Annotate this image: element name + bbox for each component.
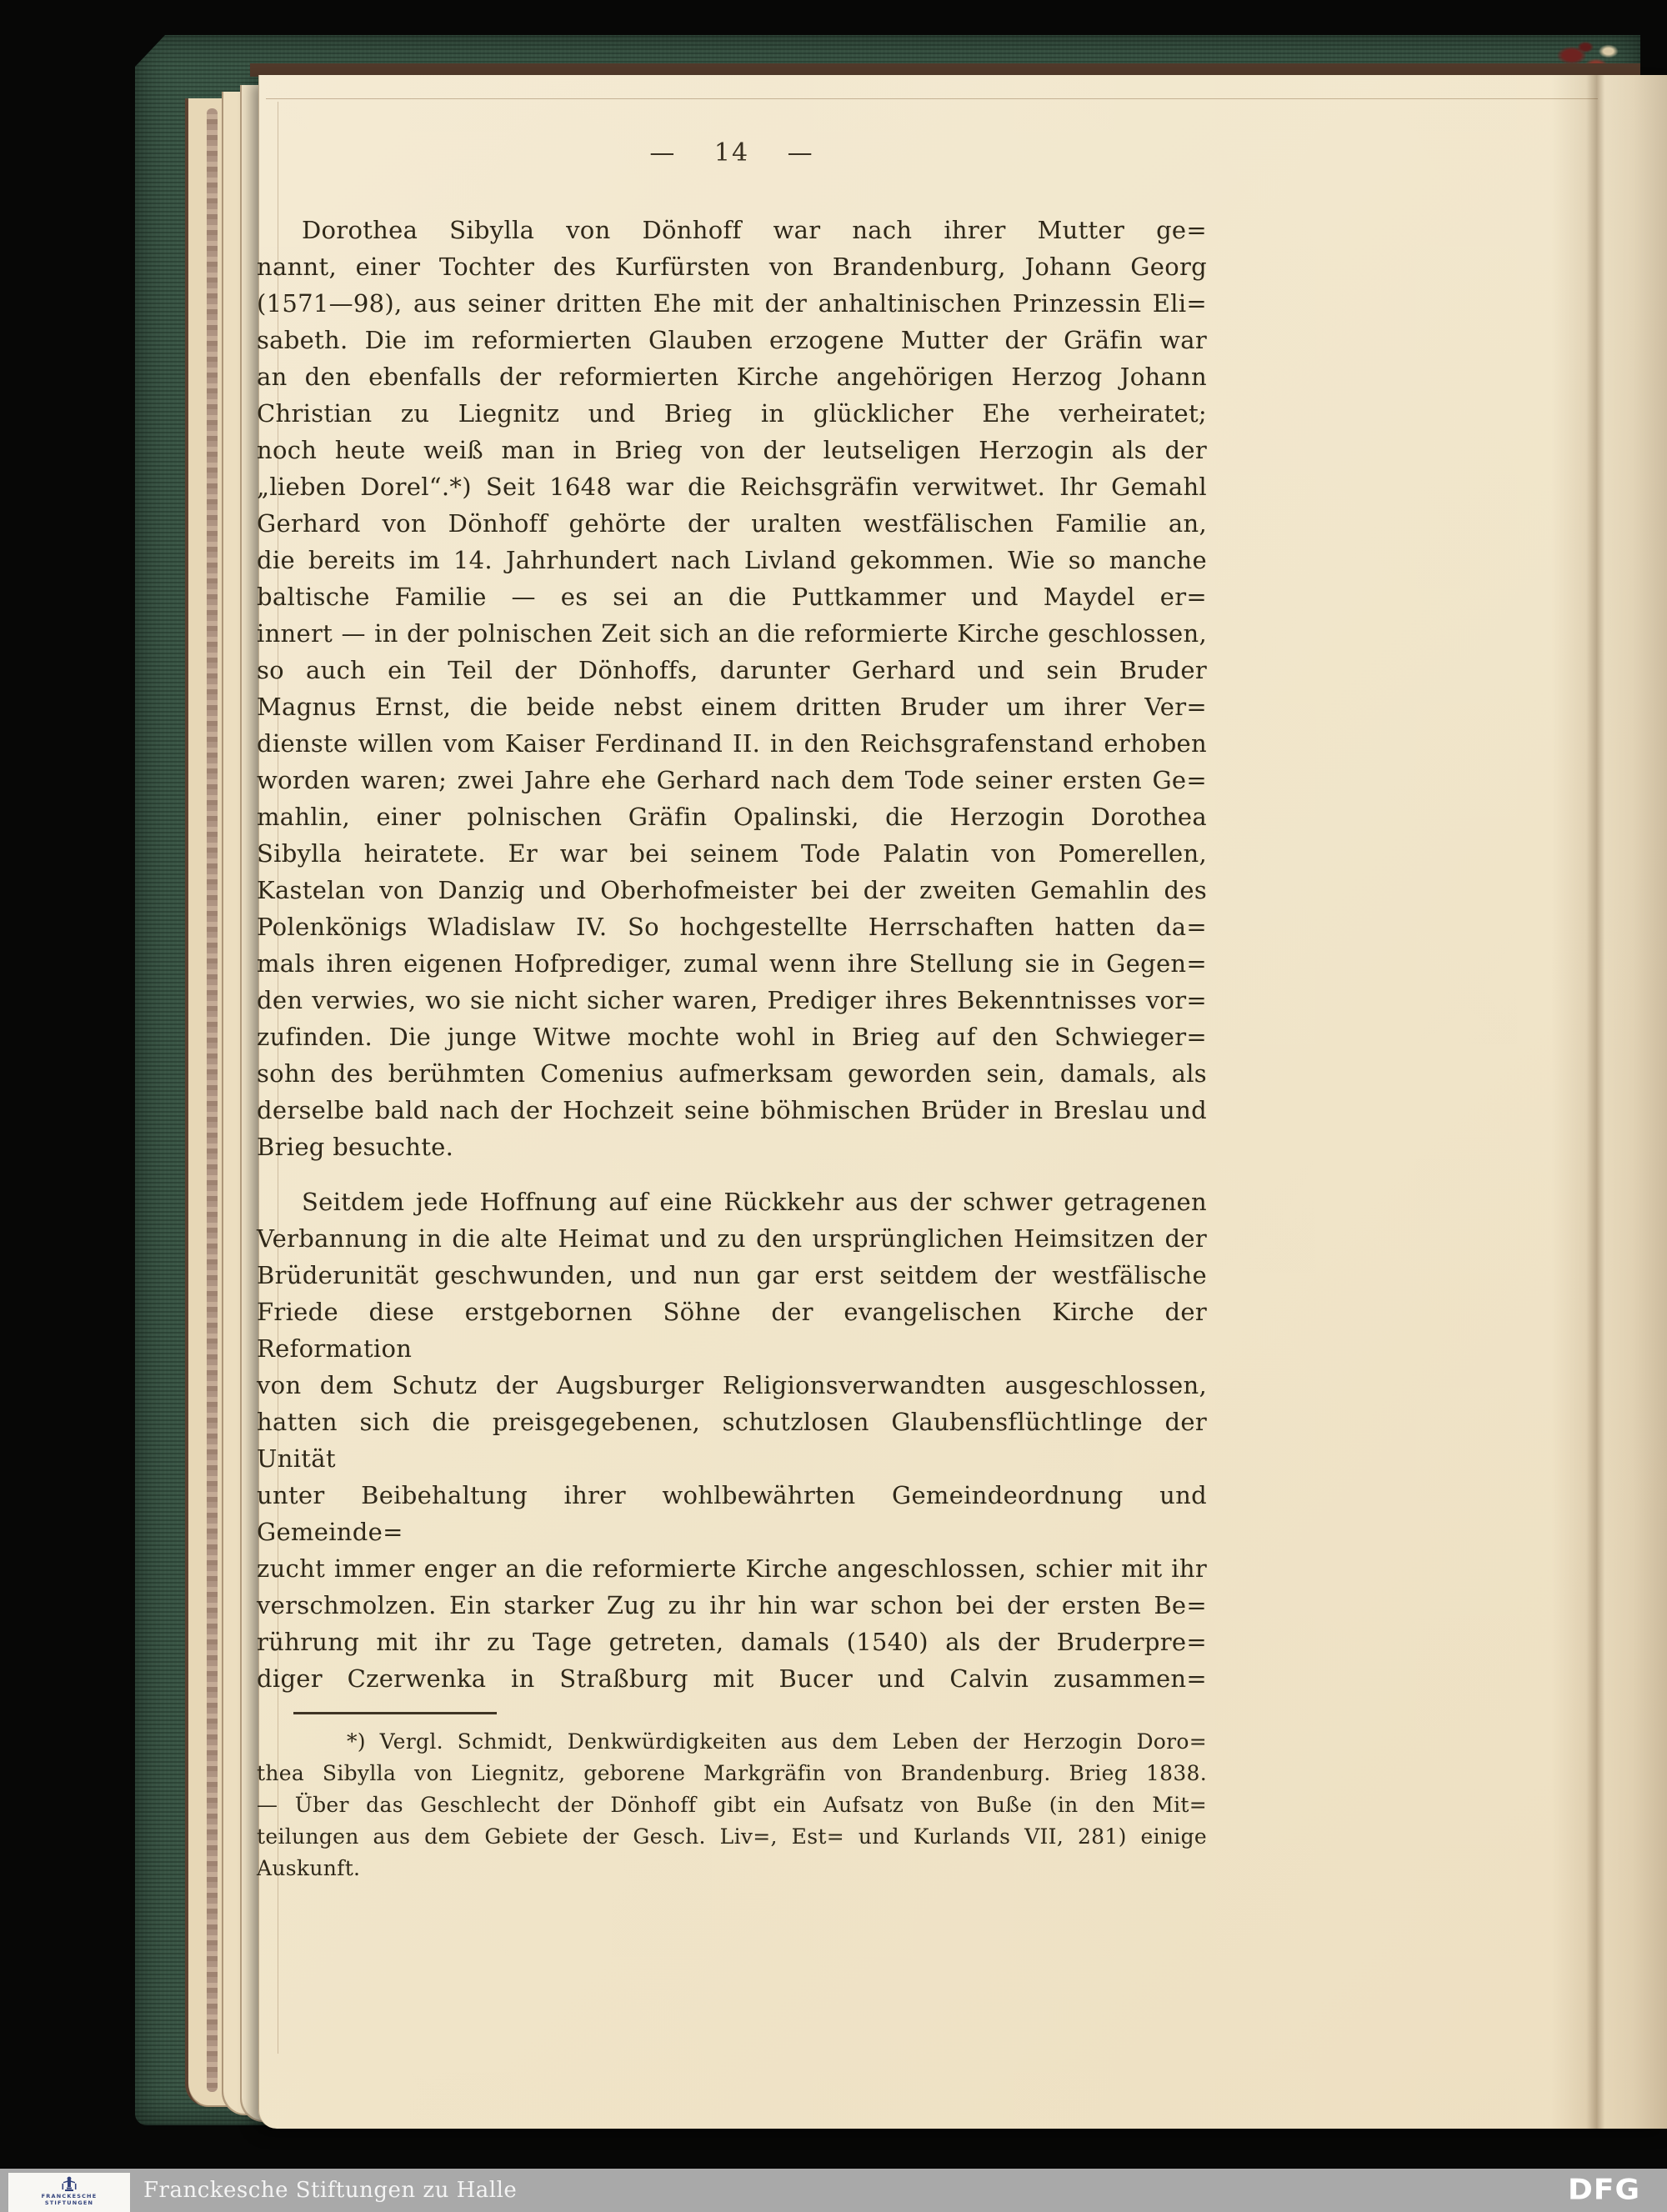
text-line: verschmolzen. Ein starker Zug zu ihr hin… <box>257 1587 1207 1624</box>
paragraph: Dorothea Sibylla von Dönhoff war nach ih… <box>257 212 1207 1165</box>
text-line: noch heute weiß man in Brieg von der leu… <box>257 432 1207 468</box>
text-line: innert — in der polnischen Zeit sich an … <box>257 615 1207 652</box>
text-line: hatten sich die preisgegebenen, schutzlo… <box>257 1404 1207 1477</box>
text-line: (1571—98), aus seiner dritten Ehe mit de… <box>257 285 1207 322</box>
text-line: Dorothea Sibylla von Dönhoff war nach ih… <box>257 212 1207 248</box>
gutter-fold-shadow <box>1551 75 1667 2129</box>
text-line: Gerhard von Dönhoff gehörte der uralten … <box>257 505 1207 542</box>
text-line: an den ebenfalls der reformierten Kirche… <box>257 358 1207 395</box>
franckesche-emblem-icon <box>58 2175 80 2194</box>
text-line: nannt, einer Tochter des Kurfürsten von … <box>257 248 1207 285</box>
text-line: den verwies, wo sie nicht sicher waren, … <box>257 982 1207 1018</box>
page-block-rough-edge <box>207 108 218 2092</box>
text-line: die bereits im 14. Jahrhundert nach Livl… <box>257 542 1207 578</box>
text-line: Friede diese erstgebornen Söhne der evan… <box>257 1294 1207 1367</box>
text-line: Sibylla heiratete. Er war bei seinem Tod… <box>257 835 1207 872</box>
footnote-separator-rule <box>293 1712 497 1714</box>
text-line: zufinden. Die junge Witwe mochte wohl in… <box>257 1018 1207 1055</box>
text-line: von dem Schutz der Augsburger Religionsv… <box>257 1367 1207 1404</box>
footnote-line: thea Sibylla von Liegnitz, geborene Mark… <box>257 1758 1207 1789</box>
text-line: Seitdem jede Hoffnung auf eine Rückkehr … <box>257 1184 1207 1220</box>
library-name-label: Franckesche Stiftungen zu Halle <box>143 2169 517 2212</box>
digitization-footer-bar: FRANCKESCHE STIFTUNGEN Franckesche Stift… <box>0 2169 1667 2212</box>
text-line: Kastelan von Danzig und Oberhofmeister b… <box>257 872 1207 908</box>
scanned-book-page-view: — 14 — Dorothea Sibylla von Dönhoff war … <box>0 0 1667 2212</box>
text-line: derselbe bald nach der Hochzeit seine bö… <box>257 1092 1207 1129</box>
text-line: worden waren; zwei Jahre ehe Gerhard nac… <box>257 762 1207 798</box>
text-line: unter Beibehaltung ihrer wohlbewährten G… <box>257 1477 1207 1550</box>
text-line: sohn des berühmten Comenius aufmerksam g… <box>257 1055 1207 1092</box>
text-line: Polenkönigs Wladislaw IV. So hochgestell… <box>257 908 1207 945</box>
text-line: Brieg besuchte. <box>257 1129 1207 1165</box>
text-line: Christian zu Liegnitz und Brieg in glück… <box>257 395 1207 432</box>
text-line: dienste willen vom Kaiser Ferdinand II. … <box>257 725 1207 762</box>
text-line: rührung mit ihr zu Tage getreten, damals… <box>257 1624 1207 1660</box>
text-line: baltische Familie — es sei an die Puttka… <box>257 578 1207 615</box>
text-line: Brüderunität geschwunden, und nun gar er… <box>257 1257 1207 1294</box>
text-line: so auch ein Teil der Dönhoffs, darunter … <box>257 652 1207 688</box>
franckesche-logo-text-line2: STIFTUNGEN <box>45 2200 93 2207</box>
footnote-line: *) Vergl. Schmidt, Denkwürdigkeiten aus … <box>257 1726 1207 1758</box>
text-line: mals ihren eigenen Hofprediger, zumal we… <box>257 945 1207 982</box>
printed-text-column: — 14 — Dorothea Sibylla von Dönhoff war … <box>257 138 1207 1884</box>
page-number: — 14 — <box>257 138 1207 168</box>
paragraph: Seitdem jede Hoffnung auf eine Rückkehr … <box>257 1184 1207 1697</box>
footnote: *) Vergl. Schmidt, Denkwürdigkeiten aus … <box>257 1726 1207 1884</box>
text-line: zucht immer enger an die reformierte Kir… <box>257 1550 1207 1587</box>
text-line: Magnus Ernst, die beide nebst einem drit… <box>257 688 1207 725</box>
text-line: sabeth. Die im reformierten Glauben erzo… <box>257 322 1207 358</box>
dfg-logo: DFG <box>1568 2169 1640 2210</box>
franckesche-logo-box: FRANCKESCHE STIFTUNGEN <box>8 2173 130 2212</box>
under-sheet-top-edge-line <box>266 98 1598 99</box>
text-line: mahlin, einer polnischen Gräfin Opalinsk… <box>257 798 1207 835</box>
footnote-line: Auskunft. <box>257 1853 1207 1884</box>
text-line: Verbannung in die alte Heimat und zu den… <box>257 1220 1207 1257</box>
footnote-line: — Über das Geschlecht der Dönhoff gibt e… <box>257 1789 1207 1821</box>
text-line: „lieben Dorel“.*) Seit 1648 war die Reic… <box>257 468 1207 505</box>
text-line: diger Czerwenka in Straßburg mit Bucer u… <box>257 1660 1207 1697</box>
footnote-line: teilungen aus dem Gebiete der Gesch. Liv… <box>257 1821 1207 1853</box>
